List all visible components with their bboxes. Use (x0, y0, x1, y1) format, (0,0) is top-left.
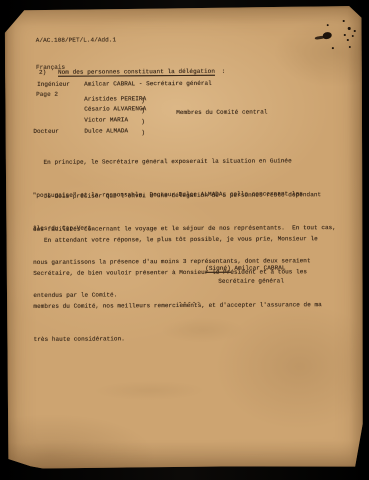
signatory-role: Secrétaire général (218, 275, 284, 286)
leader-title: Ingénieur (37, 79, 84, 90)
delegation-group-label: Membres du Comité central (176, 106, 267, 118)
ink-spot (348, 27, 351, 30)
paragraph: En attendant votre réponse, le plus tôt … (33, 211, 322, 367)
paragraph-line: Je dois préciser que l'envoi d'une délég… (33, 189, 336, 202)
delegation-list: IngénieurAmilcar CABRAL - Secrétaire gén… (5, 6, 362, 8)
signatory-name: Amilcar CABRAL (231, 264, 286, 271)
brace-mark: ) (141, 116, 145, 127)
signature-line: (Signé) Amilcar CABRAL (205, 262, 285, 273)
leader-name: Amilcar CABRAL - Secrétaire général (84, 80, 212, 88)
signature-block: (Signé) Amilcar CABRAL Secrétaire généra… (5, 6, 362, 8)
ink-spot (315, 35, 325, 39)
ink-spot (327, 24, 329, 26)
ink-spot (344, 34, 346, 36)
ink-spot (349, 46, 351, 48)
ink-spot (354, 30, 356, 32)
section-title-colon: : (218, 66, 225, 77)
section-title: Nom des personnes constituant la délégat… (58, 66, 215, 78)
ink-spot (343, 20, 345, 22)
document-symbol: A/AC.108/PET/L.4/Add.1 (36, 35, 116, 44)
ink-spot (347, 39, 349, 41)
ink-spot (332, 47, 334, 49)
document-page: A/AC.108/PET/L.4/Add.1 Français Page 2 2… (5, 6, 365, 470)
signed-label: (Signé) (205, 265, 231, 272)
ink-spot (352, 35, 354, 37)
delegation-leader: IngénieurAmilcar CABRAL - Secrétaire gén… (37, 78, 212, 90)
delegation-member-row: Césario ALVARENGA) (33, 103, 146, 115)
brace-mark: ) (141, 105, 145, 116)
paragraph-line: très haute considération. (34, 332, 322, 345)
delegation-member-row: Victor MARIA) (33, 114, 128, 126)
member-name: Aristides PEREIRA (84, 95, 146, 102)
member-name: Césario ALVARENGA (84, 105, 146, 112)
member-name: Victor MARIA (84, 116, 128, 123)
paragraph-line: En principe, le Secrétaire général expos… (33, 155, 303, 168)
ink-smudge (5, 6, 362, 8)
scan-background: A/AC.108/PET/L.4/Add.1 Français Page 2 2… (0, 0, 369, 480)
end-separator: ----- (178, 297, 201, 308)
section-number: 2) (39, 67, 46, 78)
section-heading: 2) Nom des personnes constituant la délé… (5, 6, 362, 8)
paragraph-line: En attendant votre réponse, le plus tôt … (33, 233, 321, 246)
